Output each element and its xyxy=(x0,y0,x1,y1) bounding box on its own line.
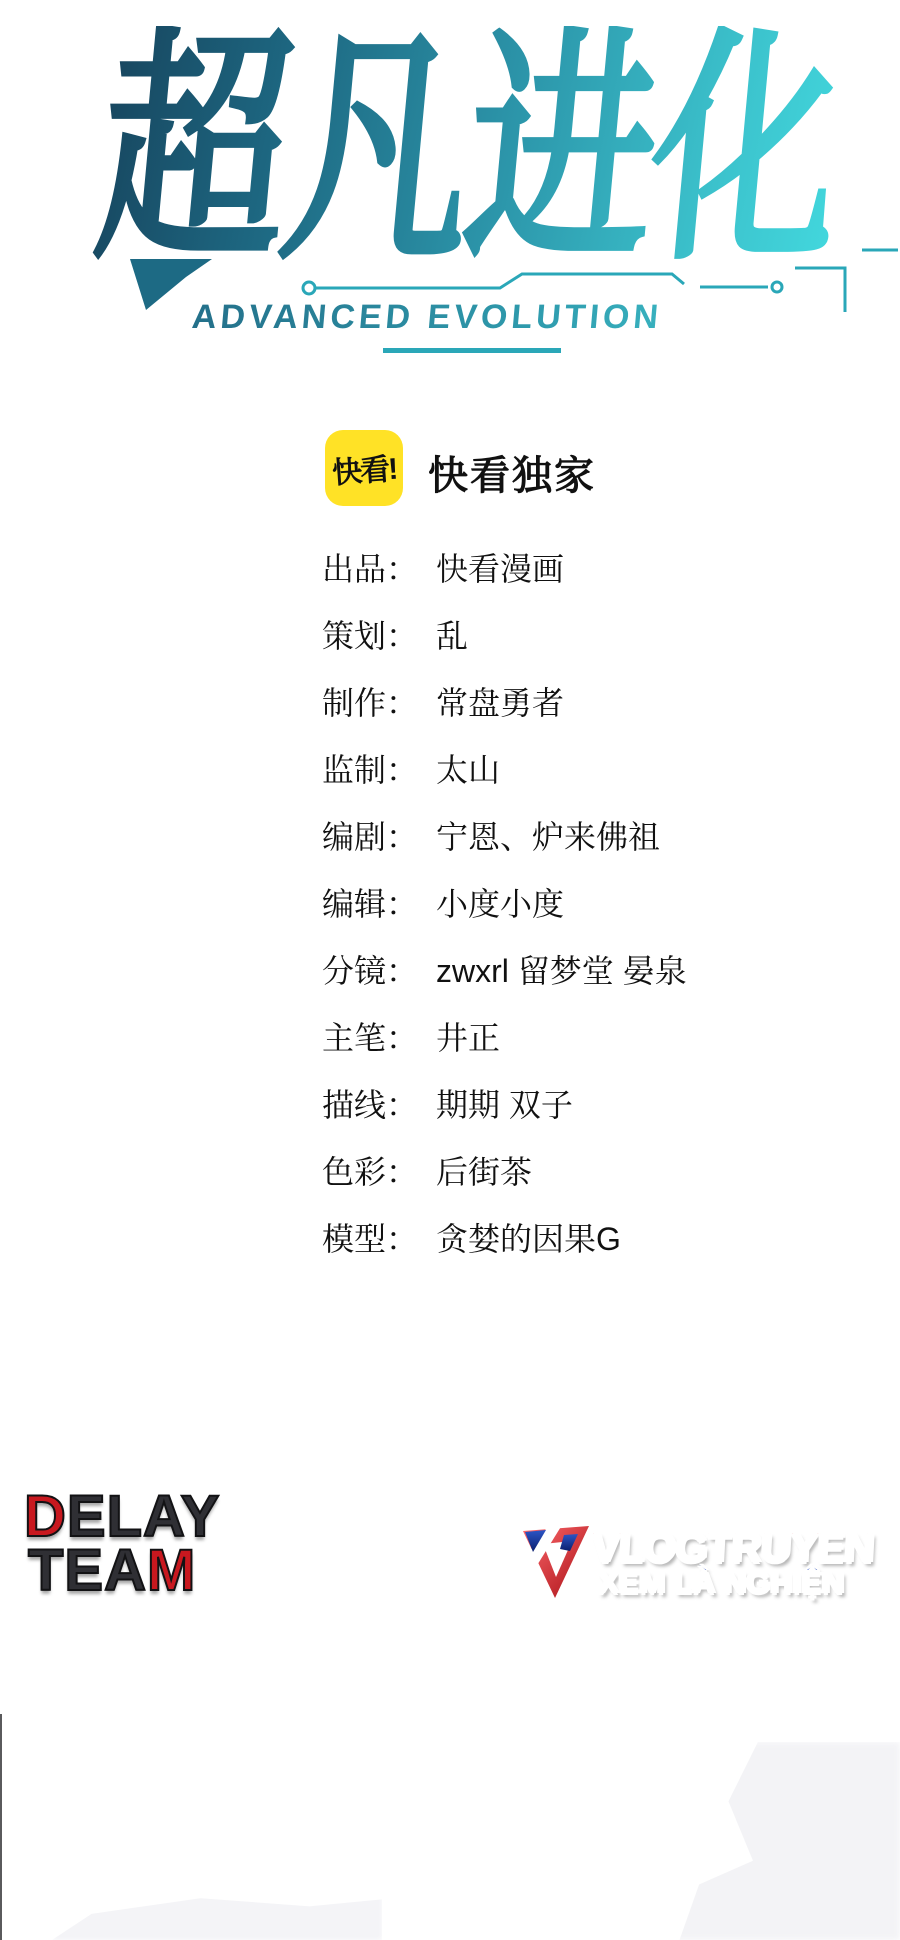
credit-label: 编剧 xyxy=(322,812,386,858)
vlogtruyen-tagline: XEM LÀ NGHIỆN xyxy=(598,1565,844,1601)
credit-value: 贪婪的因果G xyxy=(436,1214,621,1260)
credit-colon: ： xyxy=(386,1147,418,1193)
page-left-edge-line xyxy=(0,1714,2,1940)
delay-team-line1: DELAY xyxy=(24,1490,220,1544)
credit-colon: ： xyxy=(386,745,418,791)
credit-row: 色彩：后街茶 xyxy=(322,1147,687,1214)
credit-value: 期期 双子 xyxy=(436,1080,573,1126)
credit-row: 分镜：zwxrl 留梦堂 晏泉 xyxy=(322,946,687,1013)
credit-value: 后街茶 xyxy=(436,1147,532,1193)
credit-row: 制作：常盘勇者 xyxy=(322,678,687,745)
credit-colon: ： xyxy=(386,1080,418,1126)
credit-colon: ： xyxy=(386,611,418,657)
credit-row: 编辑：小度小度 xyxy=(322,879,687,946)
credit-row: 编剧：宁恩、炉来佛祖 xyxy=(322,812,687,879)
vlogtruyen-triangle-icon xyxy=(520,1523,592,1601)
credit-label: 出品 xyxy=(322,544,386,590)
credit-colon: ： xyxy=(386,1214,418,1260)
credit-row: 监制：太山 xyxy=(322,745,687,812)
credit-value: 宁恩、炉来佛祖 xyxy=(436,812,660,858)
credit-label: 制作 xyxy=(322,678,386,724)
next-panel-hint-left xyxy=(52,1882,382,1940)
credit-row: 模型：贪婪的因果G xyxy=(322,1214,687,1281)
credit-value: 太山 xyxy=(436,745,500,791)
next-panel-hint-right xyxy=(655,1742,900,1940)
credit-value: 小度小度 xyxy=(436,879,564,925)
credit-label: 模型 xyxy=(322,1214,386,1260)
credit-label: 编辑 xyxy=(322,879,386,925)
credit-label: 描线 xyxy=(322,1080,386,1126)
publisher-exclusive-label: 快看独家 xyxy=(428,444,596,501)
credit-value: zwxrl 留梦堂 晏泉 xyxy=(436,946,687,992)
credit-row: 描线：期期 双子 xyxy=(322,1080,687,1147)
credit-value: 井正 xyxy=(436,1013,500,1059)
credit-colon: ： xyxy=(386,544,418,590)
delay-team-line2: TEAM xyxy=(28,1544,220,1598)
comic-credits-page: 超凡进化 ADVANCED EVOLUTION 快看! 快看独家 出品：快看漫画… xyxy=(0,0,900,1940)
credit-value: 快看漫画 xyxy=(436,544,564,590)
subtitle-underline xyxy=(383,348,561,353)
credit-row: 出品：快看漫画 xyxy=(322,544,687,611)
kuaikan-logo-icon: 快看! xyxy=(325,430,403,506)
credit-colon: ： xyxy=(386,678,418,724)
credit-label: 分镜 xyxy=(322,946,386,992)
credit-value: 乱 xyxy=(436,611,468,657)
credit-colon: ： xyxy=(386,946,418,992)
series-subtitle: ADVANCED EVOLUTION xyxy=(190,298,833,337)
credit-colon: ： xyxy=(386,1013,418,1059)
credit-label: 主笔 xyxy=(322,1013,386,1059)
delay-team-letter-red: M xyxy=(147,1538,196,1603)
credit-row: 主笔：井正 xyxy=(322,1013,687,1080)
credits-list: 出品：快看漫画 策划：乱 制作：常盘勇者 监制：太山 编剧：宁恩、炉来佛祖 编辑… xyxy=(322,544,687,1281)
credit-value: 常盘勇者 xyxy=(436,678,564,724)
credit-label: 监制 xyxy=(322,745,386,791)
credit-label: 色彩 xyxy=(322,1147,386,1193)
delay-team-letters-dark: TEA xyxy=(28,1538,147,1603)
credit-label: 策划 xyxy=(322,611,386,657)
kuaikan-badge-text: 快看! xyxy=(331,444,398,492)
delay-team-logo: DELAY TEAM xyxy=(24,1490,220,1598)
credit-row: 策划：乱 xyxy=(322,611,687,678)
credit-colon: ： xyxy=(386,812,418,858)
credit-colon: ： xyxy=(386,879,418,925)
